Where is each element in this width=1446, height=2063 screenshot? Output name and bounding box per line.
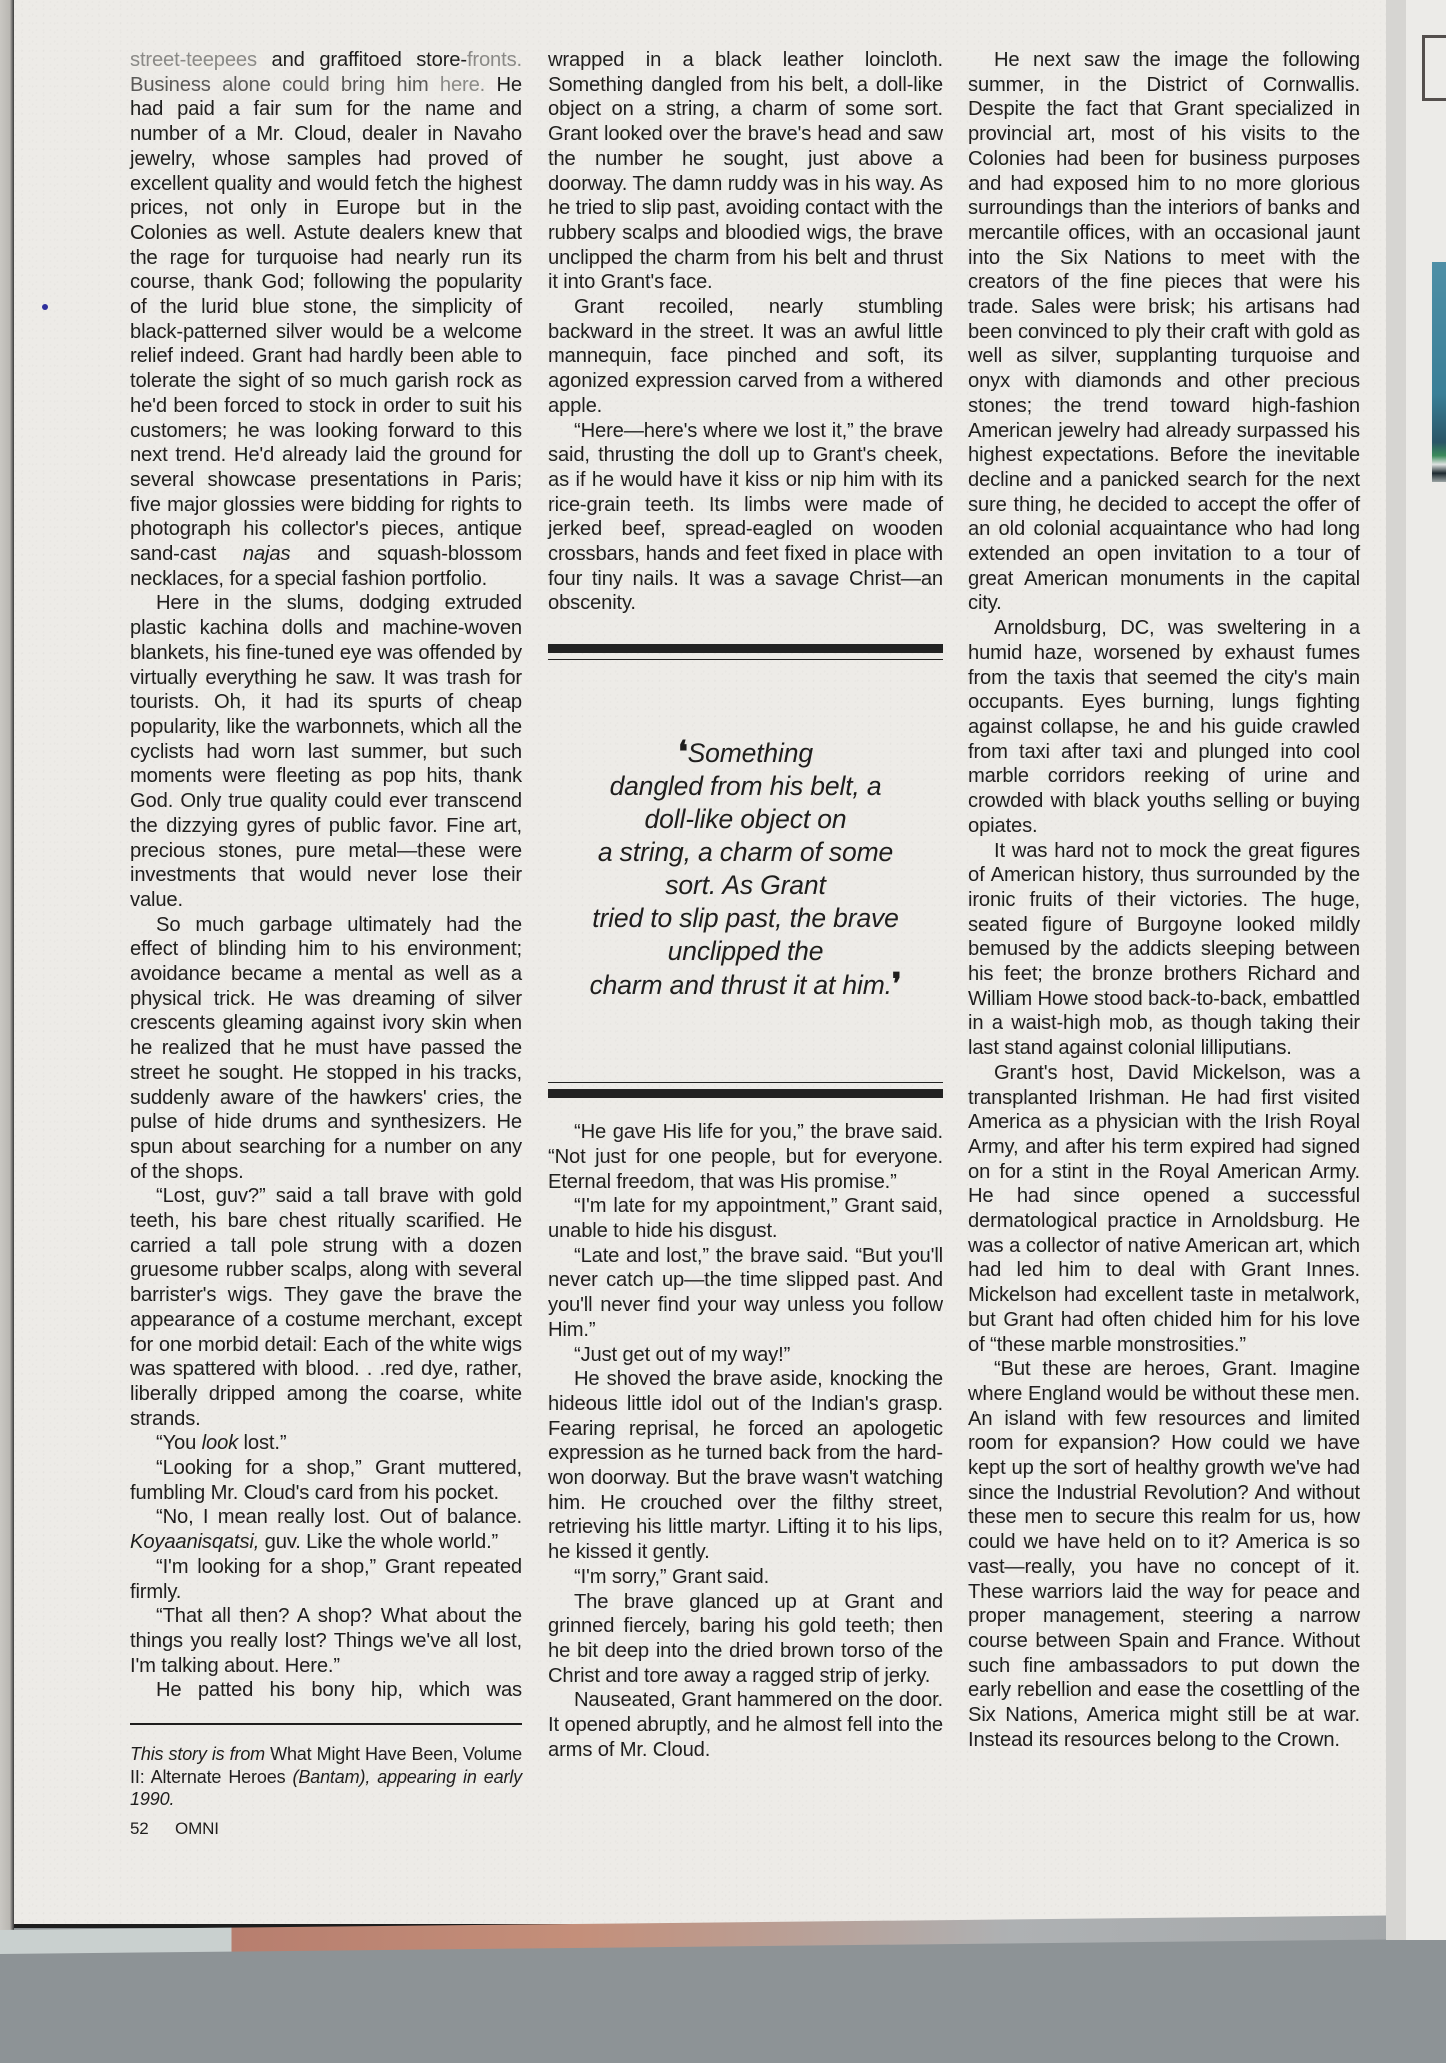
paragraph: wrapped in a black leather loincloth. So… [548,48,943,295]
paragraph: “Just get out of my way!” [548,1343,943,1368]
paragraph: He next saw the image the following summ… [968,48,1360,616]
paragraph: street-teepees and graffitoed store-fron… [130,48,522,591]
paragraph: “That all then? A shop? What about the t… [130,1604,522,1678]
faded-text: here. [440,74,485,96]
paragraph: “Late and lost,” the brave said. “But yo… [548,1244,943,1343]
paragraph: “I'm late for my appointment,” Grant sai… [548,1194,943,1243]
faded-text: street-teepees [130,49,257,71]
pullquote: ❛Something dangled from his belt, a doll… [548,736,943,1002]
adjacent-page-letter-fragment [1422,35,1446,101]
adjacent-page-photo-fragment [1432,262,1446,482]
open-quote-icon: ❛ [678,736,688,769]
article-column-3: He next saw the image the following summ… [968,48,1360,1753]
paragraph: “I'm looking for a shop,” Grant repeated… [130,1555,522,1604]
magazine-title: OMNI [175,1819,219,1838]
paragraph: He shoved the brave aside, knocking the … [548,1367,943,1565]
paragraph: So much garbage ultimately had the effec… [130,913,522,1185]
footnote-divider [130,1723,522,1725]
paragraph: Arnoldsburg, DC, was sweltering in a hum… [968,616,1360,838]
italic-term: najas [243,543,291,565]
paragraph: “You look lost.” [130,1431,522,1456]
paragraph: It was hard not to mock the great figure… [968,839,1360,1061]
paragraph: “He gave His life for you,” the brave sa… [548,1120,943,1194]
article-column-2: wrapped in a black leather loincloth. So… [548,48,943,1762]
paragraph: “No, I mean really lost. Out of balance.… [130,1505,522,1554]
paragraph: The brave glanced up at Grant and grinne… [548,1590,943,1689]
paragraph: Grant recoiled, nearly stumbling backwar… [548,295,943,419]
faded-text: fronts. [467,49,522,71]
italic-term: Koyaanisqatsi, [130,1531,259,1553]
article-column-1: street-teepees and graffitoed store-fron… [130,48,522,1841]
page-folio: 52OMNI [130,1817,522,1842]
pullquote-bottom-rule [548,1082,943,1098]
paragraph: Nauseated, Grant hammered on the door. I… [548,1688,943,1762]
close-quote-icon: ❜ [892,968,902,1001]
adjacent-page-edge [1386,0,1446,1940]
paragraph: Grant's host, David Mickelson, was a tra… [968,1061,1360,1357]
italic-emphasis: look [202,1432,238,1454]
paragraph: “Looking for a shop,” Grant muttered, fu… [130,1456,522,1505]
paragraph: “Lost, guv?” said a tall brave with gold… [130,1184,522,1431]
page-number: 52 [130,1817,175,1842]
scan-left-edge [0,0,14,1940]
paragraph: He patted his bony hip, which was [130,1678,522,1703]
paragraph: Here in the slums, dodging extruded plas… [130,591,522,912]
paragraph: “Here—here's where we lost it,” the brav… [548,419,943,617]
source-footnote: This story is from What Might Have Been,… [130,1743,522,1811]
paragraph: “But these are heroes, Grant. Imagine wh… [968,1357,1360,1752]
ink-speck [42,304,48,310]
pullquote-top-rule [548,644,943,660]
paragraph: “I'm sorry,” Grant said. [548,1565,943,1590]
